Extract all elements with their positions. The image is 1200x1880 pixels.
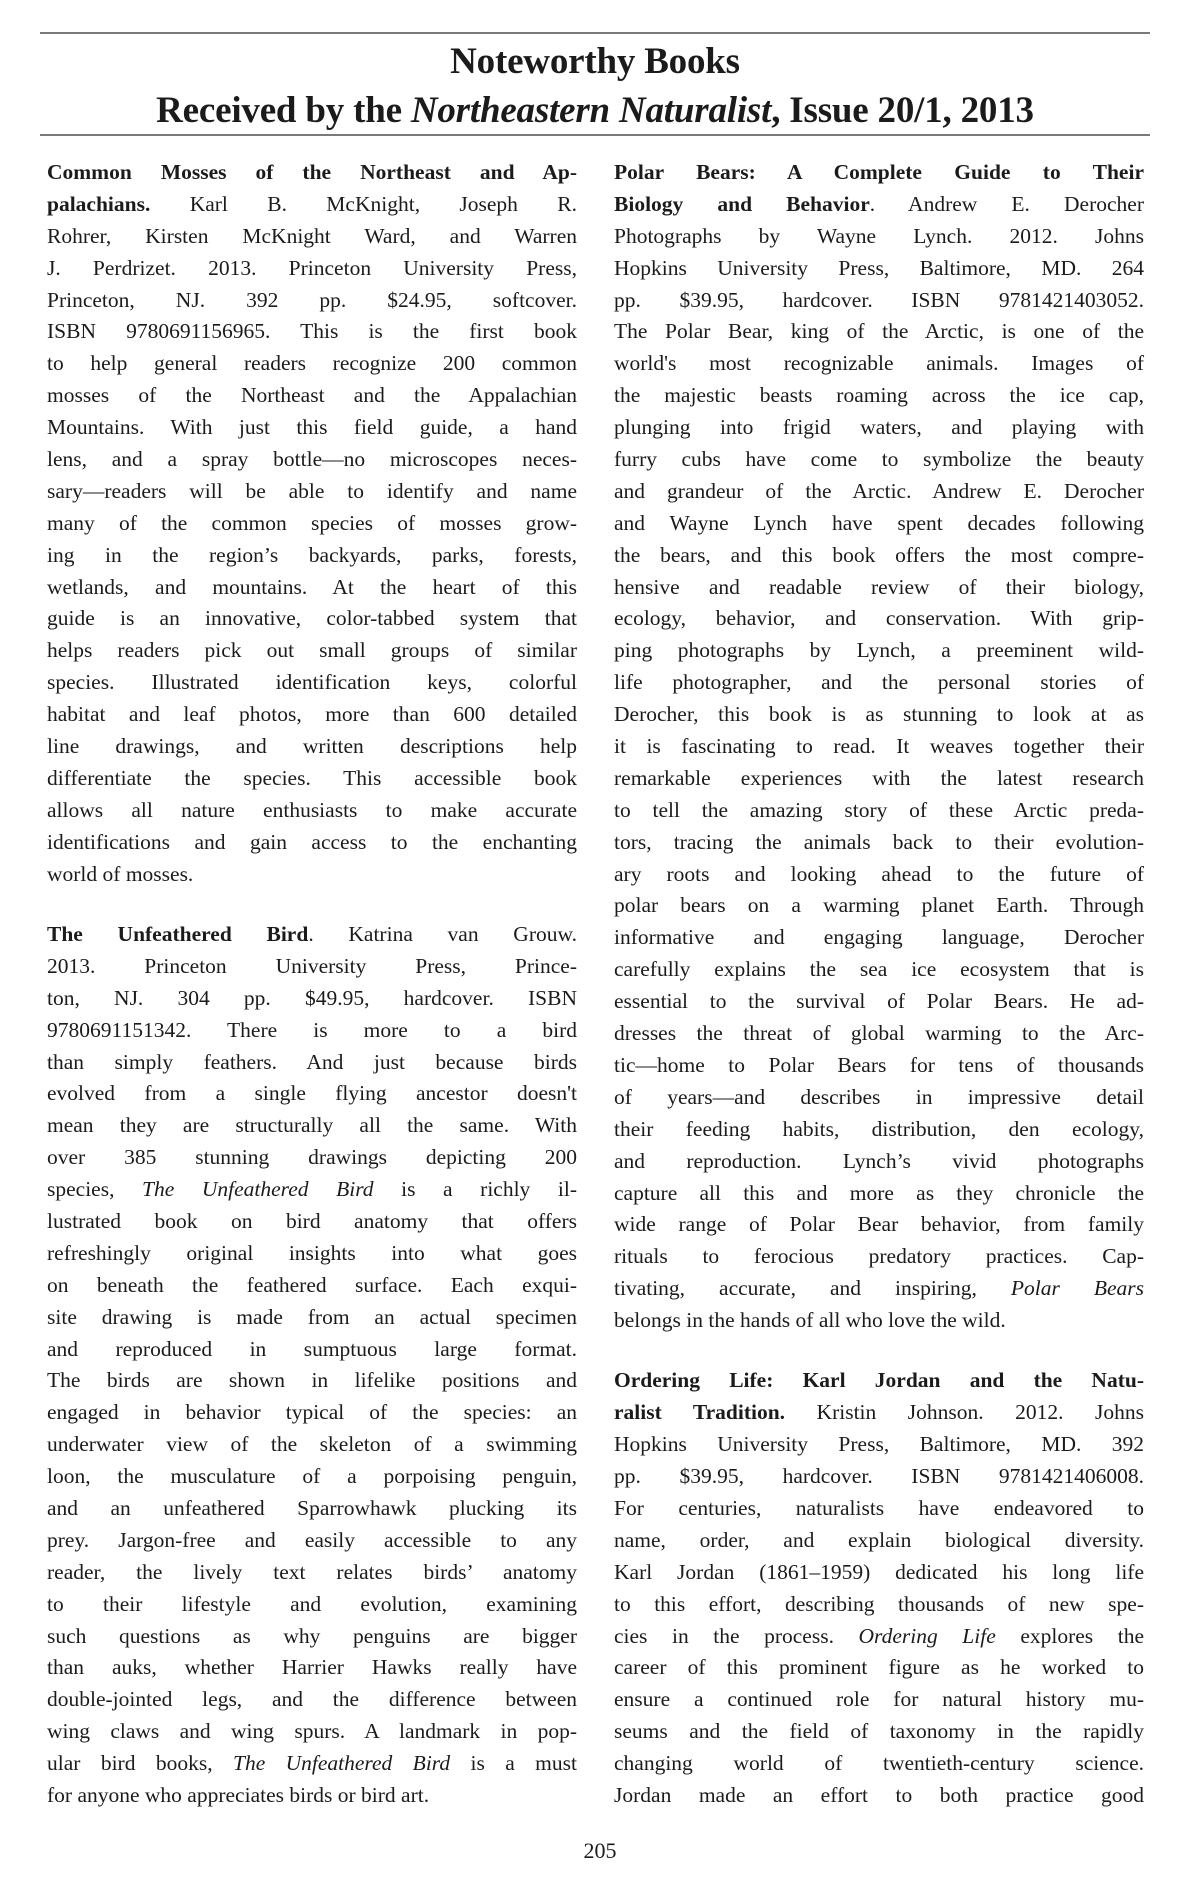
- text-line: life photographer, and the personal stor…: [614, 667, 1144, 699]
- subtitle-prefix: Received by the: [156, 90, 411, 131]
- text-segment: wetlands, and mountains. At the heart of…: [47, 575, 577, 599]
- entry-separator: [614, 1337, 1144, 1366]
- text-line: career of this prominent figure as he wo…: [614, 1652, 1144, 1684]
- text-line: over 385 stunning drawings depicting 200: [47, 1142, 577, 1174]
- text-segment: identifications and gain access to the e…: [47, 830, 577, 854]
- text-line: plunging into frigid waters, and playing…: [614, 412, 1144, 444]
- text-line: wetlands, and mountains. At the heart of…: [47, 572, 577, 604]
- text-segment: such questions as why penguins are bigge…: [47, 1624, 577, 1648]
- text-line: cies in the process. Ordering Life explo…: [614, 1621, 1144, 1653]
- text-segment: sary—readers will be able to identify an…: [47, 479, 577, 503]
- right-column: Polar Bears: A Complete Guide to TheirBi…: [614, 157, 1144, 1812]
- text-segment: . Katrina van Grouw.: [308, 922, 577, 946]
- text-segment: cies in the process.: [614, 1624, 859, 1648]
- text-segment: Karl B. McKnight, Joseph R.: [150, 192, 577, 216]
- text-line: For centuries, naturalists have endeavor…: [614, 1493, 1144, 1525]
- text-line: ton, NJ. 304 pp. $49.95, hardcover. ISBN: [47, 983, 577, 1015]
- text-line: sary—readers will be able to identify an…: [47, 476, 577, 508]
- text-line: wide range of Polar Bear behavior, from …: [614, 1209, 1144, 1241]
- text-line: ing in the region’s backyards, parks, fo…: [47, 540, 577, 572]
- text-line: Rohrer, Kirsten McKnight Ward, and Warre…: [47, 221, 577, 253]
- text-line: and an unfeathered Sparrowhawk plucking …: [47, 1493, 577, 1525]
- text-segment: guide is an innovative, color-tabbed sys…: [47, 606, 577, 630]
- italic-title: Polar Bears: [1011, 1276, 1144, 1300]
- text-line: allows all nature enthusiasts to make ac…: [47, 795, 577, 827]
- text-segment: ping photographs by Lynch, a preeminent …: [614, 638, 1144, 662]
- text-segment: Hopkins University Press, Baltimore, MD.…: [614, 256, 1144, 280]
- italic-title: The Unfeathered Bird: [142, 1177, 374, 1201]
- text-segment: loon, the musculature of a porpoising pe…: [47, 1464, 577, 1488]
- text-segment: differentiate the species. This accessib…: [47, 766, 577, 790]
- text-line: to help general readers recognize 200 co…: [47, 348, 577, 380]
- text-segment: and grandeur of the Arctic. Andrew E. De…: [614, 479, 1144, 503]
- text-line: the majestic beasts roaming across the i…: [614, 380, 1144, 412]
- text-segment: informative and engaging language, Deroc…: [614, 925, 1144, 949]
- text-line: Karl Jordan (1861–1959) dedicated his lo…: [614, 1557, 1144, 1589]
- text-segment: lens, and a spray bottle—no microscopes …: [47, 447, 577, 471]
- text-segment: of years—and describes in impressive det…: [614, 1085, 1144, 1109]
- text-segment: explores the: [996, 1624, 1144, 1648]
- text-line: world's most recognizable animals. Image…: [614, 348, 1144, 380]
- text-line: such questions as why penguins are bigge…: [47, 1621, 577, 1653]
- text-line: tors, tracing the animals back to their …: [614, 827, 1144, 859]
- text-line: informative and engaging language, Deroc…: [614, 922, 1144, 954]
- text-line: engaged in behavior typical of the speci…: [47, 1397, 577, 1429]
- text-segment: essential to the survival of Polar Bears…: [614, 989, 1144, 1013]
- text-segment: their feeding habits, distribution, den …: [614, 1117, 1144, 1141]
- text-segment: ary roots and looking ahead to the futur…: [614, 862, 1144, 886]
- text-segment: world's most recognizable animals. Image…: [614, 351, 1144, 375]
- text-segment: hensive and readable review of their bio…: [614, 575, 1144, 599]
- text-line: Jordan made an effort to both practice g…: [614, 1780, 1144, 1812]
- text-line: furry cubs have come to symbolize the be…: [614, 444, 1144, 476]
- text-segment: rituals to ferocious predatory practices…: [614, 1244, 1144, 1268]
- text-line: carefully explains the sea ice ecosystem…: [614, 954, 1144, 986]
- text-segment: carefully explains the sea ice ecosystem…: [614, 957, 1144, 981]
- text-line: pp. $39.95, hardcover. ISBN 978142140305…: [614, 285, 1144, 317]
- text-line: Photographs by Wayne Lynch. 2012. Johns: [614, 221, 1144, 253]
- text-segment: site drawing is made from an actual spec…: [47, 1305, 577, 1329]
- text-line: wing claws and wing spurs. A landmark in…: [47, 1716, 577, 1748]
- text-line: Derocher, this book is as stunning to lo…: [614, 699, 1144, 731]
- page-title-text: Noteworthy Books: [450, 41, 740, 82]
- text-segment: life photographer, and the personal stor…: [614, 670, 1144, 694]
- text-line: to their lifestyle and evolution, examin…: [47, 1589, 577, 1621]
- subtitle-suffix: , Issue 20/1, 2013: [771, 90, 1034, 131]
- book-title: Ordering Life: Karl Jordan and the Natu-: [614, 1368, 1144, 1392]
- text-segment: 9780691151342. There is more to a bird: [47, 1018, 577, 1042]
- text-line: 9780691151342. There is more to a bird: [47, 1015, 577, 1047]
- text-line: the bears, and this book offers the most…: [614, 540, 1144, 572]
- text-line: mean they are structurally all the same.…: [47, 1110, 577, 1142]
- text-line: on beneath the feathered surface. Each e…: [47, 1270, 577, 1302]
- text-segment: allows all nature enthusiasts to make ac…: [47, 798, 577, 822]
- text-line: The Polar Bear, king of the Arctic, is o…: [614, 316, 1144, 348]
- book-title: Common Mosses of the Northeast and Ap-: [47, 160, 577, 184]
- text-line: habitat and leaf photos, more than 600 d…: [47, 699, 577, 731]
- text-segment: than auks, whether Harrier Hawks really …: [47, 1655, 577, 1679]
- text-segment: furry cubs have come to symbolize the be…: [614, 447, 1144, 471]
- text-line: polar bears on a warming planet Earth. T…: [614, 890, 1144, 922]
- text-line: Princeton, NJ. 392 pp. $24.95, softcover…: [47, 285, 577, 317]
- text-line: mosses of the Northeast and the Appalach…: [47, 380, 577, 412]
- text-segment: it is fascinating to read. It weaves tog…: [614, 734, 1144, 758]
- text-line: identifications and gain access to the e…: [47, 827, 577, 859]
- text-line: of years—and describes in impressive det…: [614, 1082, 1144, 1114]
- text-line: palachians. Karl B. McKnight, Joseph R.: [47, 189, 577, 221]
- text-line: refreshingly original insights into what…: [47, 1238, 577, 1270]
- text-segment: tivating, accurate, and inspiring,: [614, 1276, 1011, 1300]
- text-segment: Hopkins University Press, Baltimore, MD.…: [614, 1432, 1144, 1456]
- text-line: ular bird books, The Unfeathered Bird is…: [47, 1748, 577, 1780]
- text-segment: Mountains. With just this field guide, a…: [47, 415, 577, 439]
- text-line: underwater view of the skeleton of a swi…: [47, 1429, 577, 1461]
- text-segment: ular bird books,: [47, 1751, 233, 1775]
- text-line: lens, and a spray bottle—no microscopes …: [47, 444, 577, 476]
- text-line: ecology, behavior, and conservation. Wit…: [614, 603, 1144, 635]
- text-line: ensure a continued role for natural hist…: [614, 1684, 1144, 1716]
- text-segment: to their lifestyle and evolution, examin…: [47, 1592, 577, 1616]
- text-segment: 2013. Princeton University Press, Prince…: [47, 954, 577, 978]
- text-line: capture all this and more as they chroni…: [614, 1178, 1144, 1210]
- header-top-rule: [40, 32, 1150, 34]
- text-line: Hopkins University Press, Baltimore, MD.…: [614, 253, 1144, 285]
- text-segment: wing claws and wing spurs. A landmark in…: [47, 1719, 577, 1743]
- text-line: site drawing is made from an actual spec…: [47, 1302, 577, 1334]
- text-segment: ing in the region’s backyards, parks, fo…: [47, 543, 577, 567]
- text-segment: prey. Jargon-free and easily accessible …: [47, 1528, 577, 1552]
- italic-title: The Unfeathered Bird: [233, 1751, 450, 1775]
- text-segment: on beneath the feathered surface. Each e…: [47, 1273, 577, 1297]
- left-column: Common Mosses of the Northeast and Ap-pa…: [47, 157, 577, 1812]
- book-title: Biology and Behavior: [614, 192, 870, 216]
- text-segment: For centuries, naturalists have endeavor…: [614, 1496, 1144, 1520]
- text-line: than auks, whether Harrier Hawks really …: [47, 1652, 577, 1684]
- text-segment: Derocher, this book is as stunning to lo…: [614, 702, 1144, 726]
- text-line: pp. $39.95, hardcover. ISBN 978142140600…: [614, 1461, 1144, 1493]
- text-line: remarkable experiences with the latest r…: [614, 763, 1144, 795]
- text-segment: pp. $39.95, hardcover. ISBN 978142140305…: [614, 288, 1144, 312]
- text-segment: name, order, and explain biological dive…: [614, 1528, 1144, 1552]
- text-segment: mosses of the Northeast and the Appalach…: [47, 383, 577, 407]
- text-segment: for anyone who appreciates birds or bird…: [47, 1783, 429, 1807]
- text-segment: world of mosses.: [47, 862, 193, 886]
- text-line: helps readers pick out small groups of s…: [47, 635, 577, 667]
- book-entry: The Unfeathered Bird. Katrina van Grouw.…: [47, 919, 577, 1812]
- text-line: Biology and Behavior. Andrew E. Derocher: [614, 189, 1144, 221]
- text-line: changing world of twentieth-century scie…: [614, 1748, 1144, 1780]
- text-segment: mean they are structurally all the same.…: [47, 1113, 577, 1137]
- text-line: species, The Unfeathered Bird is a richl…: [47, 1174, 577, 1206]
- text-line: ralist Tradition. Kristin Johnson. 2012.…: [614, 1397, 1144, 1429]
- text-segment: tors, tracing the animals back to their …: [614, 830, 1144, 854]
- header-bottom-rule: [40, 134, 1150, 136]
- text-segment: underwater view of the skeleton of a swi…: [47, 1432, 577, 1456]
- text-segment: plunging into frigid waters, and playing…: [614, 415, 1144, 439]
- book-title: Polar Bears: A Complete Guide to Their: [614, 160, 1144, 184]
- text-line: many of the common species of mosses gro…: [47, 508, 577, 540]
- text-segment: changing world of twentieth-century scie…: [614, 1751, 1144, 1775]
- text-line: their feeding habits, distribution, den …: [614, 1114, 1144, 1146]
- text-segment: The birds are shown in lifelike position…: [47, 1368, 577, 1392]
- text-segment: . Andrew E. Derocher: [870, 192, 1144, 216]
- text-segment: to tell the amazing story of these Arcti…: [614, 798, 1144, 822]
- text-line: hensive and readable review of their bio…: [614, 572, 1144, 604]
- text-segment: over 385 stunning drawings depicting 200: [47, 1145, 577, 1169]
- text-line: lustrated book on bird anatomy that offe…: [47, 1206, 577, 1238]
- text-segment: species,: [47, 1177, 142, 1201]
- text-line: Common Mosses of the Northeast and Ap-: [47, 157, 577, 189]
- text-line: rituals to ferocious predatory practices…: [614, 1241, 1144, 1273]
- italic-title: Ordering Life: [859, 1624, 996, 1648]
- text-segment: seums and the field of taxonomy in the r…: [614, 1719, 1144, 1743]
- text-segment: the majestic beasts roaming across the i…: [614, 383, 1144, 407]
- text-segment: Princeton, NJ. 392 pp. $24.95, softcover…: [47, 288, 577, 312]
- text-line: essential to the survival of Polar Bears…: [614, 986, 1144, 1018]
- text-line: J. Perdrizet. 2013. Princeton University…: [47, 253, 577, 285]
- text-segment: The Polar Bear, king of the Arctic, is o…: [614, 319, 1144, 343]
- text-segment: lustrated book on bird anatomy that offe…: [47, 1209, 577, 1233]
- text-segment: is a must: [450, 1751, 577, 1775]
- text-segment: ensure a continued role for natural hist…: [614, 1687, 1144, 1711]
- text-line: double-jointed legs, and the difference …: [47, 1684, 577, 1716]
- text-segment: polar bears on a warming planet Earth. T…: [614, 893, 1144, 917]
- text-segment: to this effort, describing thousands of …: [614, 1592, 1144, 1616]
- text-segment: career of this prominent figure as he wo…: [614, 1655, 1144, 1679]
- page-number: 205: [0, 1836, 1200, 1866]
- text-segment: many of the common species of mosses gro…: [47, 511, 577, 535]
- text-line: 2013. Princeton University Press, Prince…: [47, 951, 577, 983]
- text-segment: and an unfeathered Sparrowhawk plucking …: [47, 1496, 577, 1520]
- text-line: name, order, and explain biological dive…: [614, 1525, 1144, 1557]
- text-segment: species. Illustrated identification keys…: [47, 670, 577, 694]
- text-segment: and reproduction. Lynch’s vivid photogra…: [614, 1149, 1144, 1173]
- text-line: Hopkins University Press, Baltimore, MD.…: [614, 1429, 1144, 1461]
- text-segment: remarkable experiences with the latest r…: [614, 766, 1144, 790]
- text-line: and reproduction. Lynch’s vivid photogra…: [614, 1146, 1144, 1178]
- text-segment: tic—home to Polar Bears for tens of thou…: [614, 1053, 1144, 1077]
- text-line: The Unfeathered Bird. Katrina van Grouw.: [47, 919, 577, 951]
- text-line: reader, the lively text relates birds’ a…: [47, 1557, 577, 1589]
- text-segment: ton, NJ. 304 pp. $49.95, hardcover. ISBN: [47, 986, 577, 1010]
- text-line: and grandeur of the Arctic. Andrew E. De…: [614, 476, 1144, 508]
- text-line: ary roots and looking ahead to the futur…: [614, 859, 1144, 891]
- text-segment: helps readers pick out small groups of s…: [47, 638, 577, 662]
- text-segment: evolved from a single flying ancestor do…: [47, 1081, 577, 1105]
- book-title: palachians.: [47, 192, 150, 216]
- text-segment: engaged in behavior typical of the speci…: [47, 1400, 577, 1424]
- text-line: ping photographs by Lynch, a preeminent …: [614, 635, 1144, 667]
- text-segment: than simply feathers. And just because b…: [47, 1050, 577, 1074]
- text-line: for anyone who appreciates birds or bird…: [47, 1780, 577, 1812]
- text-segment: ecology, behavior, and conservation. Wit…: [614, 606, 1144, 630]
- text-line: prey. Jargon-free and easily accessible …: [47, 1525, 577, 1557]
- text-line: dresses the threat of global warming to …: [614, 1018, 1144, 1050]
- text-segment: and Wayne Lynch have spent decades follo…: [614, 511, 1144, 535]
- text-line: evolved from a single flying ancestor do…: [47, 1078, 577, 1110]
- text-line: and Wayne Lynch have spent decades follo…: [614, 508, 1144, 540]
- text-line: belongs in the hands of all who love the…: [614, 1305, 1144, 1337]
- text-segment: and reproduced in sumptuous large format…: [47, 1337, 577, 1361]
- text-segment: is a richly il-: [374, 1177, 577, 1201]
- text-segment: the bears, and this book offers the most…: [614, 543, 1144, 567]
- text-segment: Kristin Johnson. 2012. Johns: [785, 1400, 1144, 1424]
- text-line: Ordering Life: Karl Jordan and the Natu-: [614, 1365, 1144, 1397]
- text-segment: dresses the threat of global warming to …: [614, 1021, 1144, 1045]
- text-line: line drawings, and written descriptions …: [47, 731, 577, 763]
- text-segment: Photographs by Wayne Lynch. 2012. Johns: [614, 224, 1144, 248]
- text-segment: J. Perdrizet. 2013. Princeton University…: [47, 256, 577, 280]
- text-line: ISBN 9780691156965. This is the first bo…: [47, 316, 577, 348]
- book-entry: Ordering Life: Karl Jordan and the Natu-…: [614, 1365, 1144, 1811]
- book-entry: Polar Bears: A Complete Guide to TheirBi…: [614, 157, 1144, 1337]
- book-title: The Unfeathered Bird: [47, 922, 308, 946]
- text-line: guide is an innovative, color-tabbed sys…: [47, 603, 577, 635]
- text-segment: Karl Jordan (1861–1959) dedicated his lo…: [614, 1560, 1144, 1584]
- text-line: species. Illustrated identification keys…: [47, 667, 577, 699]
- text-line: to this effort, describing thousands of …: [614, 1589, 1144, 1621]
- text-segment: Rohrer, Kirsten McKnight Ward, and Warre…: [47, 224, 577, 248]
- page-subtitle: Received by the Northeastern Naturalist,…: [40, 86, 1150, 136]
- text-segment: capture all this and more as they chroni…: [614, 1181, 1144, 1205]
- text-line: world of mosses.: [47, 859, 577, 891]
- book-entry: Common Mosses of the Northeast and Ap-pa…: [47, 157, 577, 890]
- text-line: tic—home to Polar Bears for tens of thou…: [614, 1050, 1144, 1082]
- text-segment: refreshingly original insights into what…: [47, 1241, 577, 1265]
- text-line: to tell the amazing story of these Arcti…: [614, 795, 1144, 827]
- text-line: Mountains. With just this field guide, a…: [47, 412, 577, 444]
- text-segment: wide range of Polar Bear behavior, from …: [614, 1212, 1144, 1236]
- book-title: ralist Tradition.: [614, 1400, 785, 1424]
- text-segment: belongs in the hands of all who love the…: [614, 1308, 1006, 1332]
- text-line: seums and the field of taxonomy in the r…: [614, 1716, 1144, 1748]
- text-line: it is fascinating to read. It weaves tog…: [614, 731, 1144, 763]
- text-line: tivating, accurate, and inspiring, Polar…: [614, 1273, 1144, 1305]
- text-segment: reader, the lively text relates birds’ a…: [47, 1560, 577, 1584]
- text-line: loon, the musculature of a porpoising pe…: [47, 1461, 577, 1493]
- journal-name: Northeastern Naturalist: [411, 90, 771, 131]
- entry-separator: [47, 890, 577, 919]
- text-segment: pp. $39.95, hardcover. ISBN 978142140600…: [614, 1464, 1144, 1488]
- page-title: Noteworthy Books: [40, 37, 1150, 87]
- text-segment: Jordan made an effort to both practice g…: [614, 1783, 1144, 1807]
- text-line: than simply feathers. And just because b…: [47, 1047, 577, 1079]
- text-line: The birds are shown in lifelike position…: [47, 1365, 577, 1397]
- text-segment: habitat and leaf photos, more than 600 d…: [47, 702, 577, 726]
- text-segment: line drawings, and written descriptions …: [47, 734, 577, 758]
- text-segment: double-jointed legs, and the difference …: [47, 1687, 577, 1711]
- text-segment: to help general readers recognize 200 co…: [47, 351, 577, 375]
- text-line: and reproduced in sumptuous large format…: [47, 1334, 577, 1366]
- text-line: differentiate the species. This accessib…: [47, 763, 577, 795]
- text-line: Polar Bears: A Complete Guide to Their: [614, 157, 1144, 189]
- text-segment: ISBN 9780691156965. This is the first bo…: [47, 319, 577, 343]
